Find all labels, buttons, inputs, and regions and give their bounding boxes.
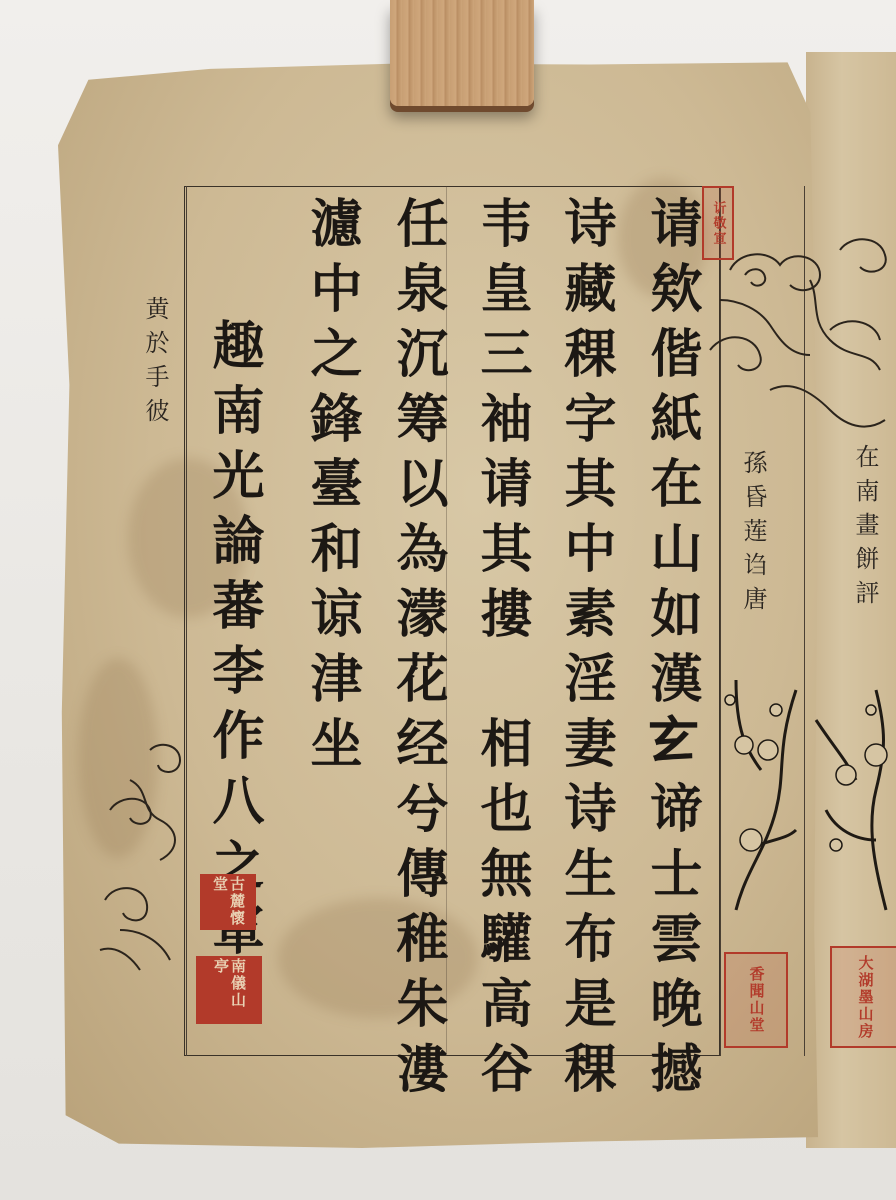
plum-blossom-branch-2 [816, 680, 896, 920]
wooden-clamp [390, 0, 534, 106]
seal-stamp: 南儀山亭 [196, 956, 262, 1024]
text-column-6-signature: 趣南光論蕃李作八之軍 [190, 318, 276, 968]
text-column-1: 请欸偕紙在山如漢𤣥谛士雲晚撼 [628, 196, 714, 1106]
seal-stamp: 大湖墨山房 [830, 946, 896, 1048]
text-column-5: 濾中之鋒臺和谅津坐 [288, 196, 374, 781]
text-column-3: 韦皇三袖请其摟𡕒相也無驩高谷 [458, 196, 544, 1106]
text-column-2: 诗藏稞字其中素淫妻诗生布是稞 [542, 196, 628, 1106]
plum-blossom-branch-1 [716, 650, 806, 920]
side-note-left: 黄於手彼 [140, 296, 170, 432]
cloud-motif-right [710, 240, 896, 440]
seal-stamp: 古麓懷堂 [200, 874, 256, 930]
seal-stamp: 香聞山堂 [724, 952, 788, 1048]
side-note-right-inner: 孫昏莲诌唐 [738, 450, 768, 620]
side-note-right-outer: 在南畫餅評 [850, 444, 880, 614]
cloud-motif-left [90, 740, 190, 980]
text-column-4: 任泉沉筹以為濛花经兮傳稚朱漊 [374, 196, 460, 1106]
